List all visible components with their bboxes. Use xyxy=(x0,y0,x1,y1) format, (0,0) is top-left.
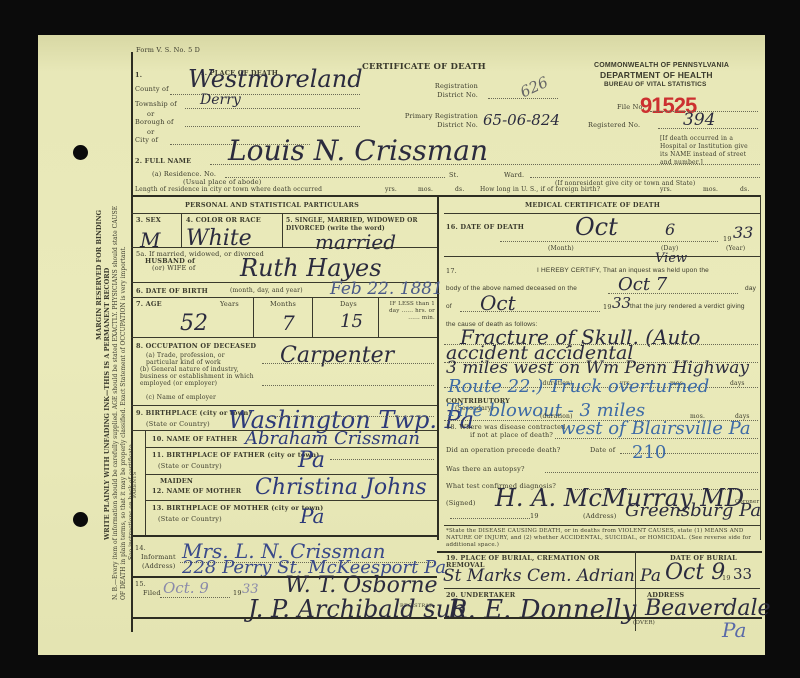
mother-state-label: (State or Country) xyxy=(158,516,222,523)
operation-label: Did an operation precede death? xyxy=(446,447,560,454)
mother-birthplace-label: 13. BIRTHPLACE OF MOTHER (city or town) xyxy=(152,505,323,512)
day-word: day xyxy=(745,286,756,293)
medical-bottom-rule xyxy=(437,551,762,553)
inquest-day: Oct 7 xyxy=(618,276,667,294)
date-of-death-label: 16. DATE OF DEATH xyxy=(446,224,524,231)
county-value: Westmoreland xyxy=(188,67,363,91)
of-word: of xyxy=(446,304,452,311)
header-rule xyxy=(131,195,761,197)
how-long-label: How long in U. S., if of foreign birth? xyxy=(480,187,600,193)
full-name-line xyxy=(210,164,760,165)
ward-label: Ward. xyxy=(504,172,524,179)
color-divider xyxy=(282,213,283,247)
form-number: Form V. S. No. 5 D xyxy=(136,47,200,54)
mother-label: 12. NAME OF MOTHER xyxy=(152,488,241,495)
age-divider-2 xyxy=(312,297,313,337)
undertaker-address-state: Pa xyxy=(722,620,746,640)
parents-side-label: PARENTS xyxy=(133,472,138,498)
primary-registration-value: 65-06-824 xyxy=(483,113,560,128)
medical-rule-3 xyxy=(444,525,760,526)
length-mos: mos. xyxy=(418,187,433,193)
occupation-label: 8. OCCUPATION OF DECEASED xyxy=(136,343,256,350)
occupation-a: (a) Trade, profession, or particular kin… xyxy=(146,352,256,366)
occupation-b: (b) General nature of industry, business… xyxy=(140,366,255,387)
occupation-c: (c) Name of employer xyxy=(146,395,216,401)
ward-line xyxy=(530,177,760,178)
death-year: 33 xyxy=(733,225,753,241)
occupation-line-a xyxy=(262,363,434,364)
registrar-signature: W. T. Osborne xyxy=(285,575,438,597)
registered-no-label: Registered No. xyxy=(588,122,640,129)
undertaker-rule xyxy=(444,617,762,619)
undertaker-value: R. E. Donnelly xyxy=(448,597,636,623)
registered-no-line xyxy=(658,128,758,129)
personal-rule-8 xyxy=(145,447,437,448)
township-line xyxy=(185,108,360,109)
maiden-label: MAIDEN xyxy=(160,478,193,485)
inquest-year: 33 xyxy=(612,296,631,311)
length-residence-label: Length of residence in city or town wher… xyxy=(135,187,322,193)
file-no-label: File No. xyxy=(617,104,645,111)
place-of-death-number: 1. xyxy=(135,72,142,79)
county-label: County of xyxy=(135,86,169,93)
autopsy-dots xyxy=(545,472,758,473)
birthplace-state-label: (State or Country) xyxy=(146,421,210,428)
burial-date-value: Oct 9 xyxy=(665,562,725,584)
parents-bottom-rule xyxy=(131,535,437,537)
mother-birthplace-value: Pa xyxy=(300,506,324,526)
year-caption: (Year) xyxy=(726,246,745,252)
inquest-month: Oct xyxy=(480,293,516,313)
days-label: Days xyxy=(340,301,357,308)
death-day: 6 xyxy=(665,222,675,238)
where-dots xyxy=(555,438,758,439)
primary-registration-label: Primary Registration District No. xyxy=(393,112,478,130)
months-label: Months xyxy=(270,301,296,308)
or-1: or xyxy=(147,111,154,118)
burial-year-prefix: 19 xyxy=(722,575,731,582)
how-long-mos: mos. xyxy=(703,187,718,193)
township-value: Derry xyxy=(200,93,241,107)
where-value: west of Blairsville Pa xyxy=(560,420,751,438)
burial-place-value: St Marks Cem. Adrian Pa xyxy=(443,568,661,585)
filed-year-prefix: 19 xyxy=(233,590,242,597)
township-label: Township of xyxy=(135,101,177,108)
date-line-prefix: 19 xyxy=(530,513,539,520)
physician-address: Greensburg Pa xyxy=(625,502,761,520)
form-left-border xyxy=(131,52,133,632)
dob-value: Feb 22. 1881 xyxy=(330,281,443,298)
age-divider-3 xyxy=(378,297,379,337)
age-days-value: 15 xyxy=(340,313,363,331)
spouse-value: Ruth Hayes xyxy=(240,256,382,280)
county-line xyxy=(170,94,360,95)
signed-label: (Signed) xyxy=(446,500,476,507)
personal-rule-2 xyxy=(131,247,437,248)
month-caption: (Month) xyxy=(548,246,574,252)
residence-line xyxy=(225,177,445,178)
borough-line xyxy=(185,126,360,127)
or-2: or xyxy=(147,129,154,136)
personal-rule-10 xyxy=(145,500,437,501)
street-label: St. xyxy=(449,172,459,179)
registered-no-value: 394 xyxy=(683,112,715,129)
parents-divider xyxy=(145,430,146,535)
marital-value: married xyxy=(315,232,396,252)
filed-label: Filed xyxy=(143,590,161,597)
personal-rule-5 xyxy=(131,337,437,338)
agency-line-3: BUREAU OF VITAL STATISTICS xyxy=(604,82,707,89)
agency-line-1: COMMONWEALTH OF PENNSYLVANIA xyxy=(594,62,729,69)
spouse-label-3: (or) WIFE of xyxy=(152,265,195,272)
filed-number: 15. xyxy=(135,581,146,588)
length-yrs: yrs. xyxy=(385,187,397,193)
residence-sublabel: (Usual place of abode) xyxy=(183,179,262,186)
filed-date: Oct. 9 xyxy=(163,581,209,596)
father-value: Abraham Crissman xyxy=(245,430,420,448)
binding-hole-top xyxy=(73,145,88,160)
footnote: *State the DISEASE CAUSING DEATH, or in … xyxy=(446,528,758,549)
certify-number: 17. xyxy=(446,268,457,275)
how-long-yrs: yrs. xyxy=(660,187,672,193)
column-divider xyxy=(437,195,439,540)
cause-line-4: Route 22.) Truck overturned xyxy=(448,378,709,396)
occupation-line-b xyxy=(262,385,434,386)
date-line-dots xyxy=(450,518,530,519)
age-divider-1 xyxy=(253,297,254,337)
filed-rule xyxy=(131,617,437,619)
informant-number: 14. xyxy=(135,545,146,552)
physician-address-label: (Address) xyxy=(583,513,617,520)
less-than-day-label: IF LESS than 1 day ...... hrs. or ......… xyxy=(383,301,435,322)
over-label: (OVER) xyxy=(633,621,655,627)
registration-district-line xyxy=(488,98,558,99)
mother-value: Christina Johns xyxy=(255,477,427,499)
dob-label: 6. DATE OF BIRTH xyxy=(136,288,208,295)
father-birthplace-value: Pa xyxy=(298,450,325,472)
medical-rule-2 xyxy=(444,256,760,257)
sex-divider xyxy=(181,213,182,247)
death-date-line xyxy=(500,241,718,242)
death-month: Oct xyxy=(575,215,618,239)
age-years-value: 52 xyxy=(180,313,208,335)
personal-rule-1 xyxy=(131,213,437,214)
code-value: 210 xyxy=(632,444,666,462)
sex-label: 3. SEX xyxy=(136,217,161,224)
how-long-ds: ds. xyxy=(740,187,749,193)
personal-header: PERSONAL AND STATISTICAL PARTICULARS xyxy=(185,202,359,209)
cause-line-3: 3 miles west on Wm Penn Highway xyxy=(446,360,749,377)
father-birthplace-line xyxy=(330,459,434,460)
date-of-label: Date of xyxy=(590,447,615,454)
birthplace-line xyxy=(272,416,434,417)
age-months-value: 7 xyxy=(282,313,295,333)
filed-date-line xyxy=(160,597,230,598)
where-sublabel: if not at place of death? xyxy=(470,432,553,439)
personal-rule-4 xyxy=(131,297,437,298)
full-name-value: Louis N. Crissman xyxy=(228,137,488,165)
inquest-month-line xyxy=(460,311,600,312)
inquest-year-prefix: 19 xyxy=(603,304,612,311)
death-year-prefix: 19 xyxy=(723,236,732,243)
borough-label: Borough of xyxy=(135,119,174,126)
dob-hint: (month, day, and year) xyxy=(230,288,303,294)
burial-year-value: 33 xyxy=(733,567,752,582)
informant-address-label: (Address) xyxy=(142,563,176,570)
hospital-note: [If death occurred in a Hospital or Inst… xyxy=(660,135,756,167)
residence-label: (a) Residence. No. xyxy=(152,171,216,178)
father-state-label: (State or Country) xyxy=(158,463,222,470)
registration-district-label: Registration District No. xyxy=(418,82,478,100)
certify-correction: View xyxy=(655,252,687,265)
father-birthplace-label: 11. BIRTHPLACE OF FATHER (city or town) xyxy=(152,452,319,459)
autopsy-label: Was there an autopsy? xyxy=(446,466,525,473)
verdict-text: that the jury rendered a verdict giving xyxy=(630,304,745,311)
length-ds: ds. xyxy=(455,187,464,193)
color-label: 4. COLOR OR RACE xyxy=(186,217,261,224)
burial-rule xyxy=(444,588,760,589)
agency-line-2: DEPARTMENT OF HEALTH xyxy=(600,71,713,80)
city-label: City of xyxy=(135,137,158,144)
years-label: Years xyxy=(220,301,239,308)
age-label: 7. AGE xyxy=(136,301,162,308)
medical-header: MEDICAL CERTIFICATE OF DEATH xyxy=(525,202,660,209)
informant-label: Informant xyxy=(141,554,176,561)
father-label: 10. NAME OF FATHER xyxy=(152,436,237,443)
right-border xyxy=(760,195,761,540)
where-label: 18. Where was disease contracted xyxy=(446,424,566,431)
binding-hole-bottom xyxy=(73,512,88,527)
certificate-title: CERTIFICATE OF DEATH xyxy=(362,63,486,72)
full-name-label: 2. FULL NAME xyxy=(135,158,191,165)
